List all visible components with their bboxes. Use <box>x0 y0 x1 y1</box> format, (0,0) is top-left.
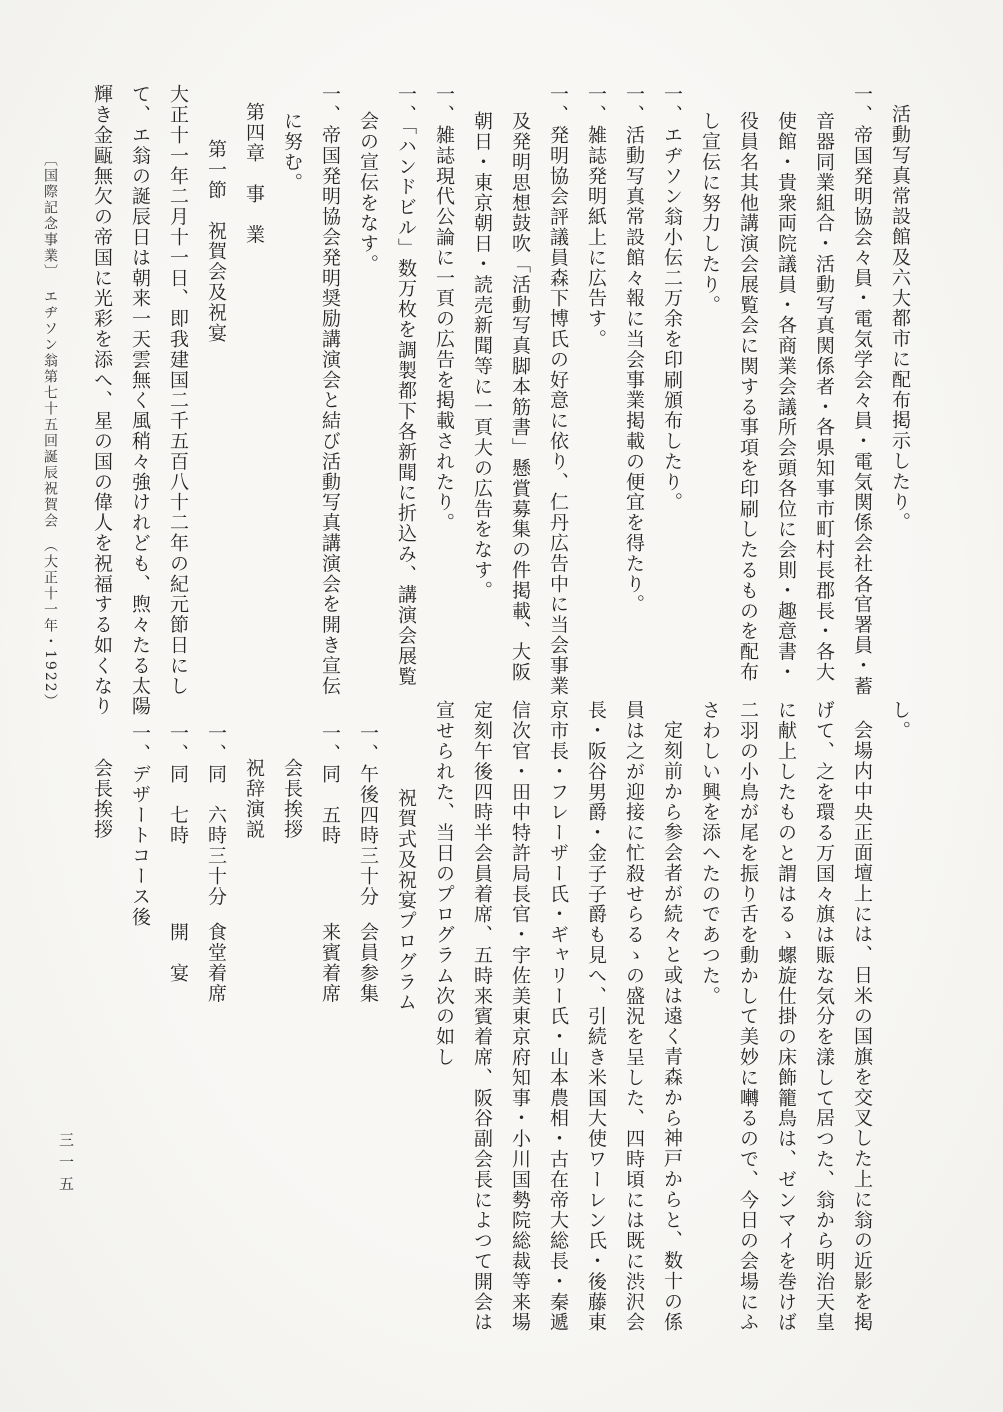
text-column: 及発明思想鼓吹「活動写真脚本筋書」懸賞募集の件掲載、大阪 <box>501 84 539 700</box>
column-text: さわしい興を添へたのであつた。 <box>699 700 721 1006</box>
text-column: 信次官・田中特許局長官・宇佐美東京府知事・小川国勢院総裁等来場 <box>501 700 539 1316</box>
column-text: 一、同 七時 <box>167 723 189 845</box>
column-text: 第四章 事 業 <box>243 102 265 245</box>
text-column: 朝日・東京朝日・読売新聞等に一頁大の広告をなす。 <box>463 84 501 700</box>
text-column: 一、帝国発明協会発明奨励講演会と結び活動写真講演会を開き宣伝 <box>311 84 349 700</box>
column-text: げて、之を環る万国々旗は賑な気分を漾して居つた、翁から明治天皇 <box>813 700 835 1332</box>
column-text: 定刻前から参会者が続々と或は遠く青森から神戸からと、数十の係 <box>661 720 683 1332</box>
column-text: 一、帝国発明協会発明奨励講演会と結び活動写真講演会を開き宣伝 <box>319 84 341 696</box>
text-column: 第四章 事 業 <box>235 84 273 700</box>
text-column: 会長挨拶 <box>273 700 311 1316</box>
text-column: 会長挨拶 <box>83 700 121 1316</box>
column-text: 二羽の小鳥が尾を振り舌を動かして美妙に囀るので、今日の会場にふ <box>737 700 759 1332</box>
column-text: 音器同業組合・活動写真関係者・各県知事市町村長郡長・各大 <box>813 111 835 682</box>
column-text: し。 <box>889 700 911 741</box>
text-column: 員は之が迎接に忙殺せらるゝの盛況を呈した、四時頃には既に渋沢会 <box>615 700 653 1316</box>
column-text: 一、デザートコース後 <box>129 723 151 927</box>
column-text: 一、エヂソン翁小伝二万余を印刷頒布したり。 <box>661 84 683 512</box>
column-text: 祝辞演説 <box>243 758 265 840</box>
program-event-label: 食堂着席 <box>197 922 235 1004</box>
text-column: 一、帝国発明協会々員・電気学会々員・電気関係会社各官署員・蓄 <box>843 84 881 700</box>
column-text: 一、雑誌現代公論に一頁の広告を掲載されたり。 <box>433 84 455 533</box>
column-text: 一、活動写真常設館々報に当会事業掲載の便宜を得たり。 <box>623 84 645 614</box>
column-text: 一、同 五時 <box>319 723 341 845</box>
text-column: 会場内中央正面壇上には、日米の国旗を交叉した上に翁の近影を掲 <box>843 700 881 1316</box>
column-text: 京市長・フレーザー氏・ギャリー氏・山本農相・古在帝大総長・秦遞 <box>547 700 569 1332</box>
text-column: さわしい興を添へたのであつた。 <box>691 700 729 1316</box>
text-column: 祝辞演説 <box>235 700 273 1316</box>
column-text: て、エ翁の誕辰日は朝来一天雲無く風稍々強けれども、煦々たる太陽 <box>129 84 151 716</box>
text-column: 一、雑誌現代公論に一頁の広告を掲載されたり。 <box>425 84 463 700</box>
text-column: 定刻前から参会者が続々と或は遠く青森から神戸からと、数十の係 <box>653 700 691 1316</box>
column-text: に献上したものと謂はるゝ螺旋仕掛の床飾籠鳥は、ゼンマイを巻けば <box>775 700 797 1332</box>
text-column: し宣伝に努力したり。 <box>691 84 729 700</box>
text-column: て、エ翁の誕辰日は朝来一天雲無く風稍々強けれども、煦々たる太陽 <box>121 84 159 700</box>
text-column: 京市長・フレーザー氏・ギャリー氏・山本農相・古在帝大総長・秦遞 <box>539 700 577 1316</box>
column-text: 輝き金甌無欠の帝国に光彩を添へ、星の国の偉人を祝福する如くなり <box>91 84 113 716</box>
text-column: 一、雑誌発明紙上に広告す。 <box>577 84 615 700</box>
column-text: 第一節 祝賀会及祝宴 <box>205 139 227 343</box>
column-text: に努む。 <box>281 111 303 193</box>
column-text: 一、午後四時三十分 <box>357 723 379 907</box>
column-text: 会の宣伝をなす。 <box>357 111 379 274</box>
column-text: 員は之が迎接に忙殺せらるゝの盛況を呈した、四時頃には既に渋沢会 <box>623 700 645 1332</box>
column-text: 祝賀式及祝宴プログラム <box>395 788 417 1012</box>
text-column: 大正十一年二月十一日、即我建国二千五百八十二年の紀元節日にし <box>159 84 197 700</box>
column-text: し宣伝に努力したり。 <box>699 111 721 315</box>
text-column: 一、発明協会評議員森下博氏の好意に依り、仁丹広告中に当会事業 <box>539 84 577 700</box>
text-column: 一、「ハンドビル」数万枚を調製都下各新聞に折込み、講演会展覧 <box>387 84 425 700</box>
text-column: 第一節 祝賀会及祝宴 <box>197 84 235 700</box>
text-column: 一、活動写真常設館々報に当会事業掲載の便宜を得たり。 <box>615 84 653 700</box>
column-text: 定刻午後四時半会員着席、五時来賓着席、阪谷副会長によつて開会は <box>471 700 493 1332</box>
column-text: 一、「ハンドビル」数万枚を調製都下各新聞に折込み、講演会展覧 <box>395 84 417 687</box>
column-text: 及発明思想鼓吹「活動写真脚本筋書」懸賞募集の件掲載、大阪 <box>509 111 531 682</box>
text-column: 一、同 六時三十分食堂着席 <box>197 700 235 1316</box>
text-column: 一、同 七時開 宴 <box>159 700 197 1316</box>
column-text: 信次官・田中特許局長官・宇佐美東京府知事・小川国勢院総裁等来場 <box>509 700 531 1332</box>
text-column: し。 <box>881 700 919 1316</box>
program-event-label: 来賓着席 <box>311 922 349 1004</box>
running-header: 〔国際記念事業〕 エヂソン翁第七十五回誕辰祝賀会 （大正十一年・1922） <box>40 152 60 710</box>
program-event-label: 会員参集 <box>349 922 387 1004</box>
column-text: 会長挨拶 <box>281 758 303 840</box>
text-column: 宣せられた、当日のプログラム次の如し <box>425 700 463 1316</box>
column-text: 役員名其他講演会展覧会に関する事項を印刷したるものを配布 <box>737 111 759 682</box>
text-column: 定刻午後四時半会員着席、五時来賓着席、阪谷副会長によつて開会は <box>463 700 501 1316</box>
column-text: 一、雑誌発明紙上に広告す。 <box>585 84 607 349</box>
text-column: 一、デザートコース後 <box>121 700 159 1316</box>
text-column: 活動写真常設館及六大都市に配布掲示したり。 <box>881 84 919 700</box>
page-number: 三一五 <box>56 1132 77 1198</box>
book-page: 活動写真常設館及六大都市に配布掲示したり。一、帝国発明協会々員・電気学会々員・電… <box>0 0 1003 1412</box>
text-column: 二羽の小鳥が尾を振り舌を動かして美妙に囀るので、今日の会場にふ <box>729 700 767 1316</box>
column-text: 会長挨拶 <box>91 758 113 840</box>
column-text: 長・阪谷男爵・金子子爵も見へ、引続き米国大使ワーレン氏・後藤東 <box>585 700 607 1332</box>
text-column: 輝き金甌無欠の帝国に光彩を添へ、星の国の偉人を祝福する如くなり <box>83 84 121 700</box>
column-text: 朝日・東京朝日・読売新聞等に一頁大の広告をなす。 <box>471 111 493 601</box>
text-column: に努む。 <box>273 84 311 700</box>
program-event-label: 開 宴 <box>159 922 197 983</box>
text-column: 長・阪谷男爵・金子子爵も見へ、引続き米国大使ワーレン氏・後藤東 <box>577 700 615 1316</box>
column-text: 使館・貴衆両院議員・各商業会議所会頭各位に会則・趣意書・ <box>775 111 797 682</box>
text-column: 一、午後四時三十分会員参集 <box>349 700 387 1316</box>
column-text: 活動写真常設館及六大都市に配布掲示したり。 <box>889 104 911 532</box>
column-text: 大正十一年二月十一日、即我建国二千五百八十二年の紀元節日にし <box>167 84 189 696</box>
column-text: 宣せられた、当日のプログラム次の如し <box>433 700 455 1067</box>
text-column: に献上したものと謂はるゝ螺旋仕掛の床飾籠鳥は、ゼンマイを巻けば <box>767 700 805 1316</box>
column-text: 一、発明協会評議員森下博氏の好意に依り、仁丹広告中に当会事業 <box>547 84 569 696</box>
text-column: 役員名其他講演会展覧会に関する事項を印刷したるものを配布 <box>729 84 767 700</box>
column-text: 一、帝国発明協会々員・電気学会々員・電気関係会社各官署員・蓄 <box>851 84 873 696</box>
text-band-top: 活動写真常設館及六大都市に配布掲示したり。一、帝国発明協会々員・電気学会々員・電… <box>83 84 919 700</box>
column-text: 一、同 六時三十分 <box>205 723 227 907</box>
text-column: 音器同業組合・活動写真関係者・各県知事市町村長郡長・各大 <box>805 84 843 700</box>
text-band-bottom: し。会場内中央正面壇上には、日米の国旗を交叉した上に翁の近影を掲げて、之を環る万… <box>83 700 919 1316</box>
column-text: 会場内中央正面壇上には、日米の国旗を交叉した上に翁の近影を掲 <box>851 720 873 1332</box>
text-column: 祝賀式及祝宴プログラム <box>387 700 425 1316</box>
text-column: 使館・貴衆両院議員・各商業会議所会頭各位に会則・趣意書・ <box>767 84 805 700</box>
text-column: 一、同 五時来賓着席 <box>311 700 349 1316</box>
text-column: げて、之を環る万国々旗は賑な気分を漾して居つた、翁から明治天皇 <box>805 700 843 1316</box>
text-column: 会の宣伝をなす。 <box>349 84 387 700</box>
text-column: 一、エヂソン翁小伝二万余を印刷頒布したり。 <box>653 84 691 700</box>
